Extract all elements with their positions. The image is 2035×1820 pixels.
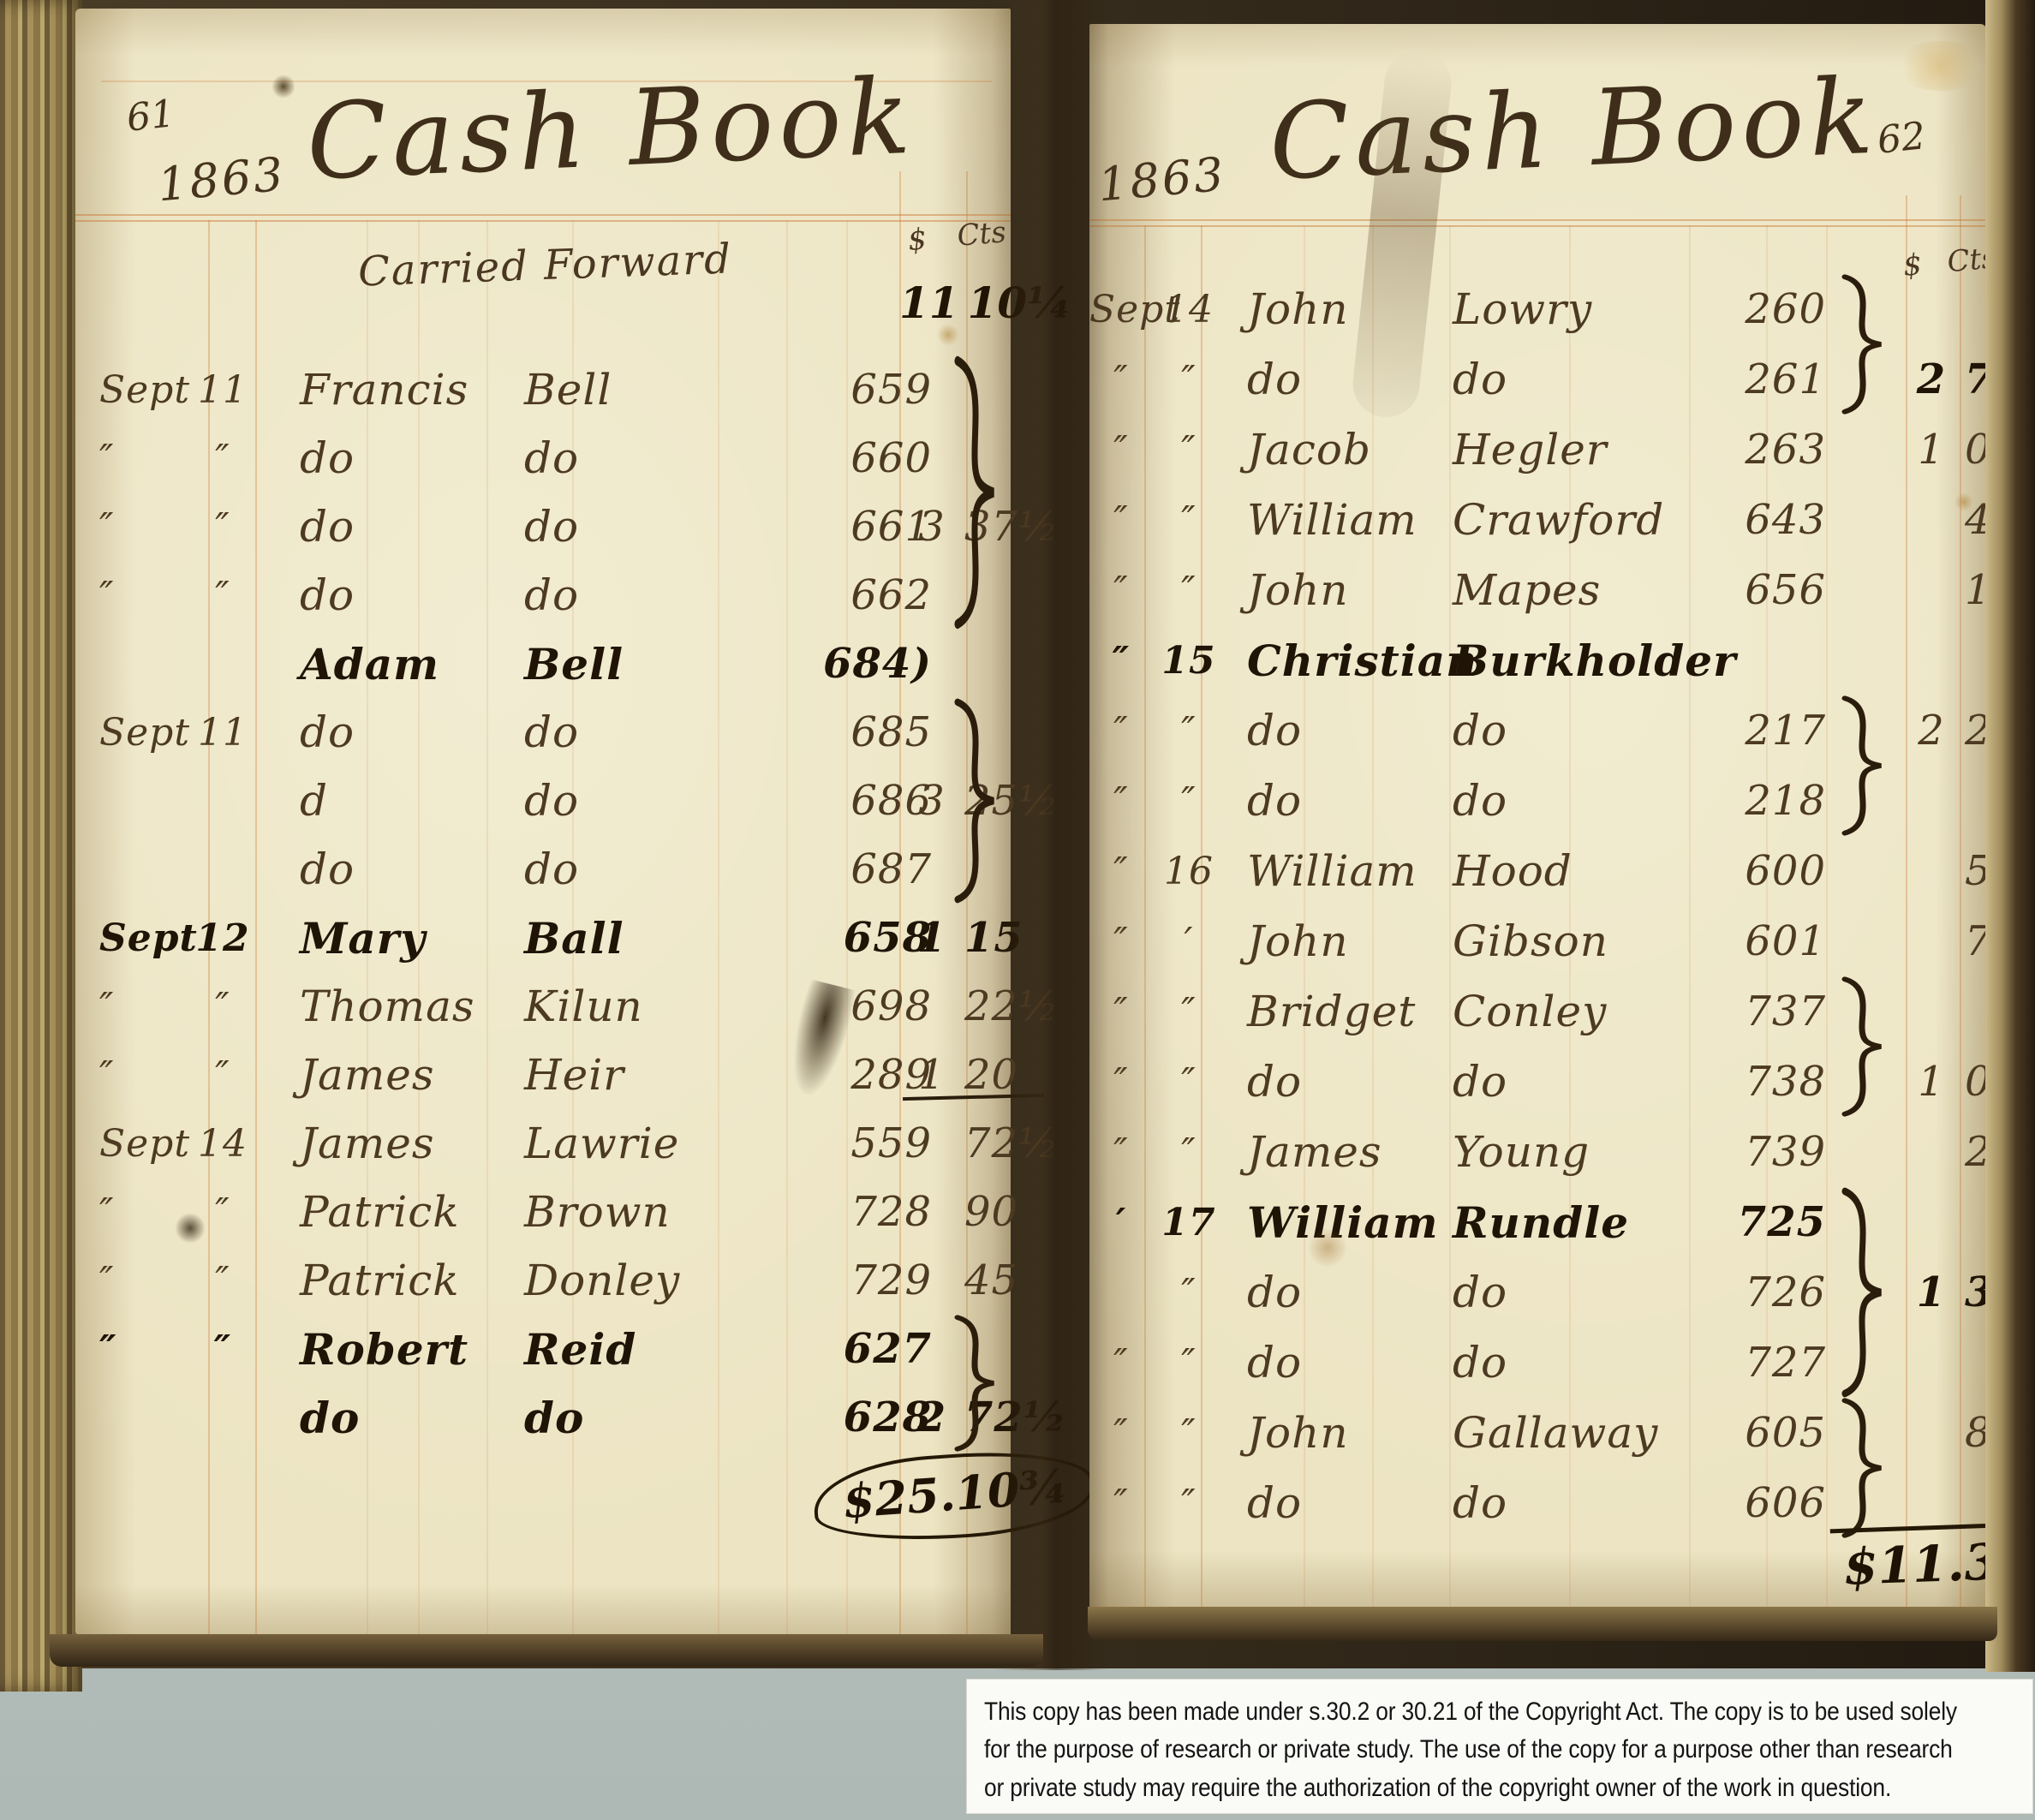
entry-day: ″ bbox=[1153, 569, 1225, 612]
entry-surname: do bbox=[517, 433, 749, 483]
entry-day: ″ bbox=[1153, 779, 1225, 823]
entry-day: ″ bbox=[185, 1328, 260, 1371]
book-gutter-shadow bbox=[992, 0, 1108, 1670]
entry-surname: do bbox=[1447, 1338, 1675, 1387]
sum-brace bbox=[1836, 1187, 1888, 1398]
entry-surname: Brown bbox=[517, 1187, 749, 1237]
entry-day: ″ bbox=[185, 985, 260, 1029]
entry-given-name: Mary bbox=[260, 913, 517, 964]
entry-day: ″ bbox=[1153, 1482, 1225, 1525]
entry-surname: do bbox=[517, 1393, 749, 1443]
entry-given-name: do bbox=[260, 707, 517, 757]
entry-day: ″ bbox=[185, 1053, 260, 1097]
ledger-page-right: 1863 Cash Book 62 $ Cts Sept14JohnLowry2… bbox=[1089, 24, 1987, 1610]
entry-given-name: Robert bbox=[260, 1324, 517, 1375]
ledger-rows-right: Sept14JohnLowry260″″dodo261277″″JacobHeg… bbox=[1089, 274, 1987, 1538]
ink-spot bbox=[272, 74, 295, 99]
ledger-row: ″″PatrickDonley72945 bbox=[75, 1246, 1011, 1315]
entry-day: ″ bbox=[1153, 1060, 1225, 1104]
entry-surname: Kilun bbox=[517, 982, 749, 1031]
page-number: 61 bbox=[124, 92, 176, 140]
entry-date: ″ bbox=[75, 437, 185, 480]
entry-day: ″ bbox=[1153, 358, 1225, 402]
copyright-line: This copy has been made under s.30.2 or … bbox=[984, 1693, 1907, 1731]
page-year: 1863 bbox=[1096, 147, 1228, 212]
entry-given-name: do bbox=[1225, 776, 1447, 826]
ledger-row: Sept11FrancisBell659 bbox=[75, 355, 1011, 424]
copyright-line: for the purpose of research or private s… bbox=[984, 1731, 1907, 1769]
entry-day: 16 bbox=[1153, 850, 1225, 893]
entry-given-name: do bbox=[260, 570, 517, 620]
entry-surname: do bbox=[1447, 1268, 1675, 1317]
entry-surname: do bbox=[1447, 776, 1675, 826]
entry-receipt-number: 218 bbox=[1675, 777, 1838, 825]
ledger-rows-left: Sept11FrancisBell659″″dodo660″″dodo66133… bbox=[75, 355, 1011, 1452]
amount-dollars: 1 bbox=[1907, 1268, 1956, 1316]
entry-given-name: do bbox=[1225, 706, 1447, 755]
stain bbox=[1309, 1226, 1346, 1269]
entry-given-name: John bbox=[1225, 1408, 1447, 1458]
entry-given-name: do bbox=[1225, 1338, 1447, 1387]
entry-surname: Bell bbox=[517, 365, 749, 415]
entry-given-name: Bridget bbox=[1225, 987, 1447, 1036]
entry-surname: Mapes bbox=[1447, 565, 1675, 615]
entry-day: ′ bbox=[1153, 920, 1225, 964]
entry-day: ″ bbox=[1153, 990, 1225, 1034]
entry-given-name: do bbox=[260, 502, 517, 552]
entry-given-name: William bbox=[1225, 846, 1447, 896]
entry-day: ″ bbox=[1153, 1411, 1225, 1455]
entry-receipt-number: 687 bbox=[812, 845, 932, 893]
entry-receipt-number: 260 bbox=[1675, 285, 1838, 333]
entry-day: 15 bbox=[1153, 639, 1225, 683]
page-bottom-edge bbox=[1088, 1607, 1997, 1641]
entry-given-name: Christian bbox=[1225, 636, 1447, 686]
copyright-line: or private study may require the authori… bbox=[984, 1769, 1907, 1807]
ruled-line bbox=[75, 220, 1011, 222]
entry-day: 11 bbox=[185, 368, 260, 412]
amount-dollars: 2 bbox=[1907, 707, 1956, 755]
entry-day: ″ bbox=[185, 437, 260, 480]
ledger-row: Sept11dodo685 bbox=[75, 698, 1011, 767]
entry-given-name: James bbox=[260, 1050, 517, 1100]
ledger-row: ″″RobertReid627 bbox=[75, 1315, 1011, 1383]
entry-day: 12 bbox=[185, 916, 260, 960]
entry-date: ″ bbox=[75, 1053, 185, 1097]
entry-surname: Lawrie bbox=[517, 1119, 749, 1168]
entry-given-name: do bbox=[260, 433, 517, 483]
ruled-line bbox=[1089, 219, 1987, 221]
entry-surname: Donley bbox=[517, 1256, 749, 1305]
entry-day: ″ bbox=[1153, 1131, 1225, 1174]
entry-receipt-number: 605 bbox=[1675, 1409, 1838, 1457]
ledger-row: ″″JamesHeir289120 bbox=[75, 1041, 1011, 1109]
entry-surname: do bbox=[1447, 706, 1675, 755]
ledger-row: ddo686325½ bbox=[75, 767, 1011, 835]
entry-date: ″ bbox=[75, 1190, 185, 1234]
ledger-row: ″″JohnMapes65610 bbox=[1089, 555, 1987, 625]
entry-day: ″ bbox=[1153, 1271, 1225, 1315]
entry-surname: do bbox=[1447, 1057, 1675, 1107]
entry-receipt-number: 217 bbox=[1675, 707, 1838, 755]
entry-surname: Gibson bbox=[1447, 916, 1675, 966]
stain bbox=[1954, 492, 1973, 511]
amount-dollars: 1 bbox=[1907, 1058, 1956, 1106]
entry-surname: Heir bbox=[517, 1050, 749, 1100]
entry-surname: Ball bbox=[517, 913, 749, 964]
entry-given-name: Jacob bbox=[1225, 425, 1447, 474]
entry-receipt-number: 627 bbox=[812, 1325, 932, 1373]
entry-surname: Gallaway bbox=[1447, 1408, 1675, 1458]
ledger-row: ″16WilliamHood60050 bbox=[1089, 836, 1987, 906]
entry-date: ″ bbox=[75, 505, 185, 549]
entry-receipt-number: 725 bbox=[1675, 1198, 1838, 1246]
ledger-row: ″″dodo662 bbox=[75, 561, 1011, 630]
entry-given-name: do bbox=[1225, 1478, 1447, 1528]
entry-surname: Hegler bbox=[1447, 425, 1675, 474]
entry-given-name: Patrick bbox=[260, 1256, 517, 1305]
entry-receipt-number: 737 bbox=[1675, 988, 1838, 1035]
page-title: Cash Book bbox=[1267, 56, 1880, 204]
entry-given-name: William bbox=[1225, 495, 1447, 545]
stain bbox=[937, 324, 959, 346]
ledger-row: ″″JamesYoung73928¾ bbox=[1089, 1117, 1987, 1187]
entry-surname: Lowry bbox=[1447, 284, 1675, 334]
amount-dollars: 1 bbox=[908, 1051, 956, 1099]
sum-brace bbox=[1836, 1398, 1888, 1538]
entry-surname: do bbox=[517, 707, 749, 757]
entry-surname: Conley bbox=[1447, 987, 1675, 1036]
book-spine bbox=[0, 0, 82, 1692]
sum-brace bbox=[1836, 274, 1888, 415]
ledger-row: ″′JohnGibson60172½ bbox=[1089, 906, 1987, 976]
entry-receipt-number: 659 bbox=[812, 366, 932, 414]
dollar-sign: $ bbox=[906, 222, 928, 258]
entry-receipt-number: 606 bbox=[1675, 1479, 1838, 1527]
entry-date: ″ bbox=[75, 574, 185, 618]
entry-receipt-number: 660 bbox=[812, 434, 932, 482]
page-title: Cash Book bbox=[304, 56, 917, 204]
entry-given-name: Francis bbox=[260, 365, 517, 415]
entry-surname: Reid bbox=[517, 1324, 749, 1375]
ledger-row: ″″dodo660 bbox=[75, 424, 1011, 492]
entry-receipt-number: 261 bbox=[1675, 355, 1838, 403]
entry-surname: Crawford bbox=[1447, 495, 1675, 545]
entry-given-name: d bbox=[260, 776, 517, 826]
entry-surname: do bbox=[1447, 355, 1675, 404]
entry-receipt-number: 684) bbox=[812, 640, 932, 688]
entry-day: ″ bbox=[185, 1259, 260, 1303]
entry-day: ″ bbox=[1153, 709, 1225, 753]
entry-surname: Burkholder bbox=[1447, 636, 1675, 686]
ledger-page-left: 61 1863 Cash Book Carried Forward $ Cts … bbox=[75, 9, 1011, 1636]
entry-given-name: James bbox=[1225, 1127, 1447, 1177]
entry-given-name: do bbox=[1225, 1057, 1447, 1107]
entry-surname: Bell bbox=[517, 639, 749, 689]
ledger-row: dodo628272½ bbox=[75, 1383, 1011, 1452]
amount-dollars: 1 bbox=[908, 914, 956, 962]
entry-date: ″ bbox=[75, 985, 185, 1029]
page-stack-edge bbox=[1985, 0, 2035, 1672]
entry-day: ″ bbox=[1153, 498, 1225, 542]
entry-receipt-number: 739 bbox=[1675, 1128, 1838, 1176]
entry-receipt-number: 727 bbox=[1675, 1339, 1838, 1387]
entry-surname: do bbox=[517, 776, 749, 826]
ledger-row: ″″dodo661337½ bbox=[75, 492, 1011, 561]
entry-day: ″ bbox=[185, 574, 260, 618]
page-bottom-edge bbox=[50, 1634, 1043, 1667]
ledger-row: Sept14JamesLawrie55972½ bbox=[75, 1109, 1011, 1178]
entry-surname: do bbox=[517, 570, 749, 620]
entry-given-name: do bbox=[1225, 1268, 1447, 1317]
sum-brace bbox=[1836, 695, 1888, 836]
entry-receipt-number: 600 bbox=[1675, 847, 1838, 895]
entry-given-name: James bbox=[260, 1119, 517, 1168]
ruled-line bbox=[1089, 225, 1987, 227]
carried-forward-dollars: 11 bbox=[899, 277, 959, 328]
entry-receipt-number: 662 bbox=[812, 571, 932, 619]
ledger-row: ″″ThomasKilun69822½ bbox=[75, 972, 1011, 1041]
ledger-row: dodo687 bbox=[75, 835, 1011, 904]
amount-dollars: 2 bbox=[1907, 355, 1956, 403]
ruled-line bbox=[75, 214, 1011, 216]
page-year: 1863 bbox=[156, 147, 288, 212]
entry-receipt-number: 643 bbox=[1675, 496, 1838, 544]
amount-dollars: 1 bbox=[1907, 426, 1956, 474]
ledger-row: ″″PatrickBrown72890 bbox=[75, 1178, 1011, 1246]
entry-surname: do bbox=[517, 844, 749, 894]
entry-given-name: Patrick bbox=[260, 1187, 517, 1237]
entry-day: ″ bbox=[1153, 428, 1225, 472]
entry-day: ″ bbox=[185, 505, 260, 549]
entry-given-name: Thomas bbox=[260, 982, 517, 1031]
entry-receipt-number: 263 bbox=[1675, 426, 1838, 474]
entry-given-name: Adam bbox=[260, 639, 517, 689]
ledger-row: ″″WilliamCrawford64348 bbox=[1089, 485, 1987, 555]
entry-given-name: do bbox=[260, 1393, 517, 1443]
entry-date: Sept bbox=[75, 368, 185, 412]
entry-day: 17 bbox=[1153, 1201, 1225, 1244]
entry-surname: Rundle bbox=[1447, 1197, 1675, 1248]
ink-spot bbox=[176, 1212, 205, 1244]
entry-given-name: John bbox=[1225, 565, 1447, 615]
entry-day: 11 bbox=[185, 711, 260, 755]
entry-receipt-number: 685 bbox=[812, 708, 932, 756]
entry-receipt-number: 726 bbox=[1675, 1268, 1838, 1316]
entry-surname: Young bbox=[1447, 1127, 1675, 1177]
stain bbox=[1893, 41, 1987, 91]
ledger-row: ″″JacobHegler263105 bbox=[1089, 415, 1987, 485]
entry-day: 14 bbox=[185, 1122, 260, 1166]
ledger-row: ″15ChristianBurkholder bbox=[1089, 625, 1987, 695]
entry-receipt-number: 738 bbox=[1675, 1058, 1838, 1106]
entry-day: 14 bbox=[1153, 288, 1225, 331]
entry-given-name: do bbox=[260, 844, 517, 894]
entry-surname: do bbox=[1447, 1478, 1675, 1528]
entry-surname: do bbox=[517, 502, 749, 552]
sum-brace bbox=[1836, 976, 1888, 1117]
entry-date: Sept bbox=[75, 1122, 185, 1166]
entry-date: ″ bbox=[75, 1259, 185, 1303]
ledger-row: Sept12MaryBall658115 bbox=[75, 904, 1011, 972]
page-number: 62 bbox=[1875, 114, 1927, 163]
carried-forward-label: Carried Forward bbox=[357, 235, 733, 295]
entry-day: ″ bbox=[1153, 1341, 1225, 1385]
scanned-cash-book-photo: 61 1863 Cash Book Carried Forward $ Cts … bbox=[0, 0, 2035, 1820]
entry-date: Sept bbox=[75, 916, 185, 960]
entry-date: Sept bbox=[75, 711, 185, 755]
copyright-notice: This copy has been made under s.30.2 or … bbox=[966, 1679, 2033, 1814]
entry-receipt-number: 601 bbox=[1675, 917, 1838, 965]
entry-receipt-number: 656 bbox=[1675, 566, 1838, 614]
entry-given-name: John bbox=[1225, 916, 1447, 966]
entry-date: ″ bbox=[75, 1328, 185, 1371]
entry-surname: Hood bbox=[1447, 846, 1675, 896]
ledger-row: AdamBell684) bbox=[75, 630, 1011, 698]
